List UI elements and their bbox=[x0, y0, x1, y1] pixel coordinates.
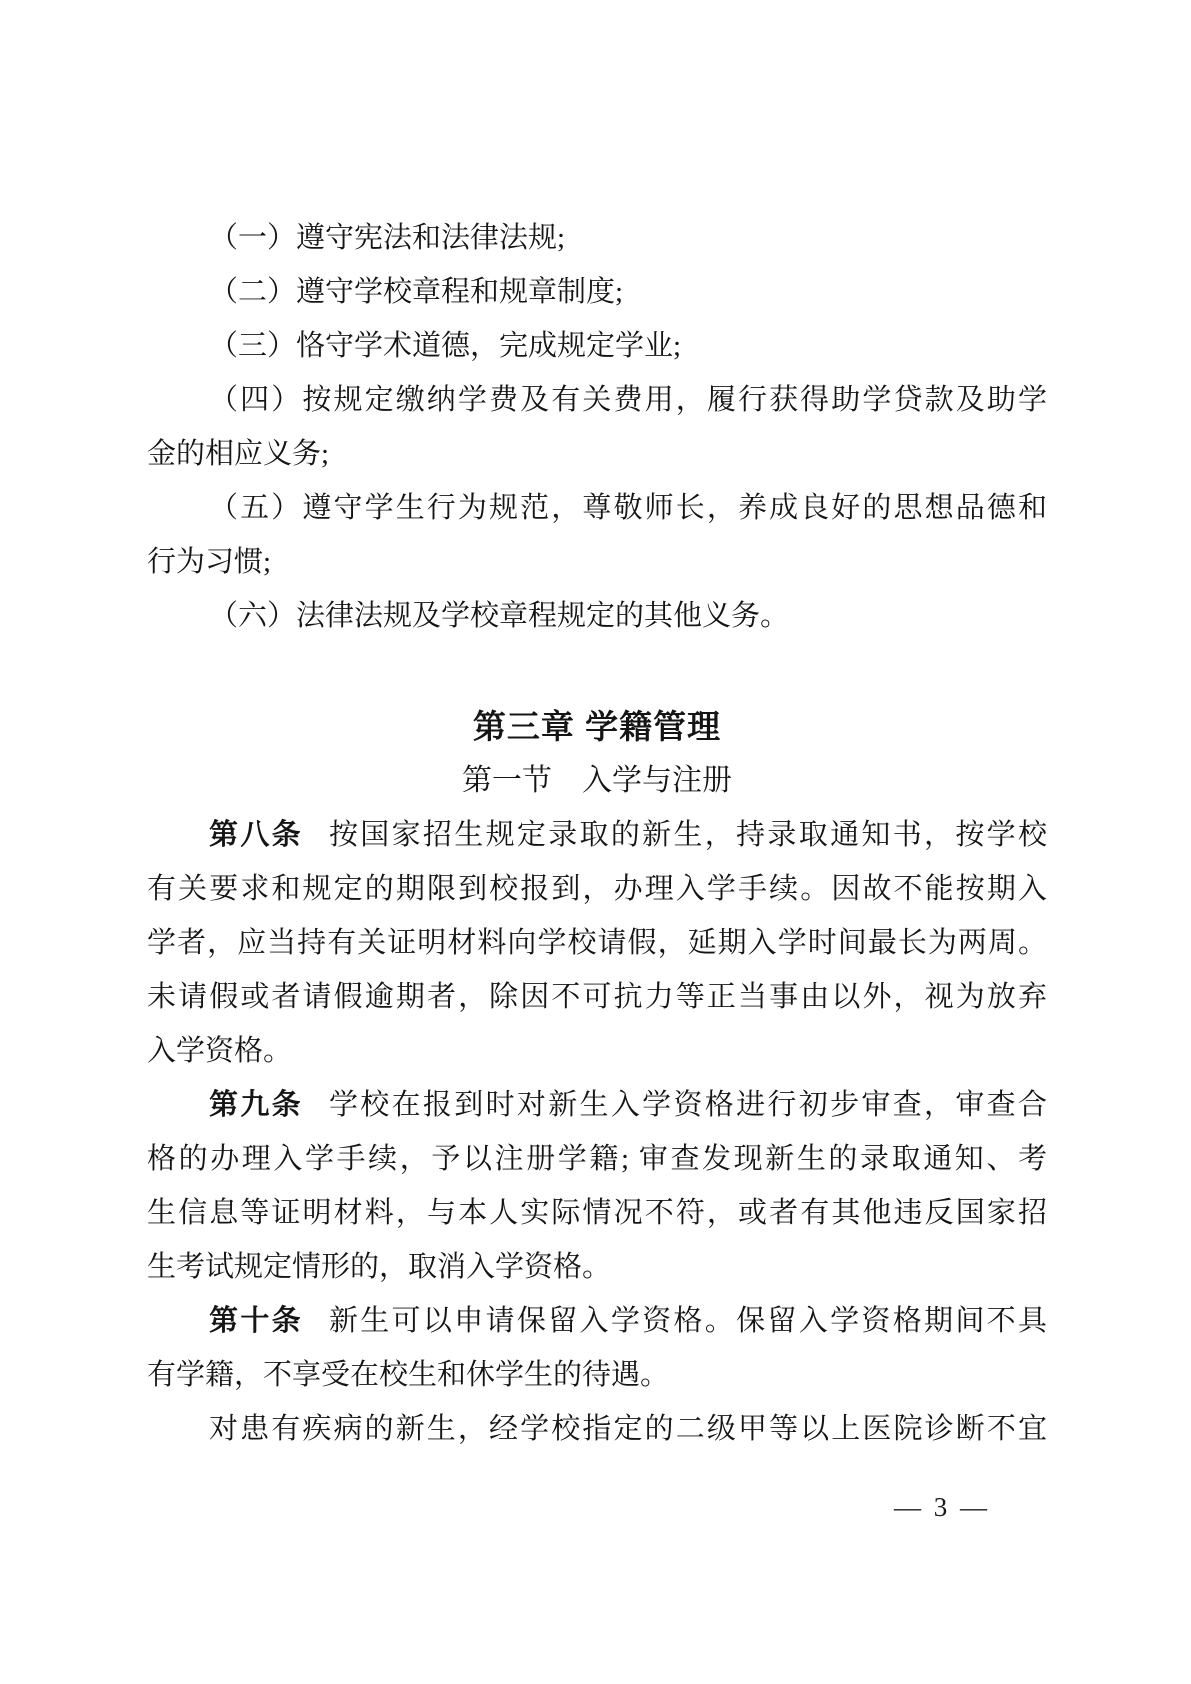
article-9-line-3: 生信息等证明材料，与本人实际情况不符，或者有其他违反国家招 bbox=[147, 1186, 1047, 1240]
obligation-item-2: （二）遵守学校章程和规章制度; bbox=[147, 265, 1047, 319]
article-8-line-5: 入学资格。 bbox=[147, 1024, 1047, 1078]
obligation-item-4-line-2: 金的相应义务; bbox=[147, 427, 1047, 481]
obligation-item-3: （三）恪守学术道德，完成规定学业; bbox=[147, 319, 1047, 373]
article-9-text-1: 学校在报到时对新生入学资格进行初步审查，审查合 bbox=[329, 1089, 1047, 1121]
article-9-label: 第九条 bbox=[209, 1089, 303, 1121]
article-8-label: 第八条 bbox=[209, 819, 303, 851]
article-8-line-3: 学者，应当持有关证明材料向学校请假，延期入学时间最长为两周。 bbox=[147, 916, 1047, 970]
obligation-item-1: （一）遵守宪法和法律法规; bbox=[147, 211, 1047, 265]
article-10-label: 第十条 bbox=[209, 1305, 303, 1337]
section-heading: 第一节 入学与注册 bbox=[147, 754, 1047, 808]
chapter-heading: 第三章 学籍管理 bbox=[147, 700, 1047, 754]
article-9-line-4: 生考试规定情形的，取消入学资格。 bbox=[147, 1240, 1047, 1294]
article-10-text-1: 新生可以申请保留入学资格。保留入学资格期间不具 bbox=[329, 1305, 1047, 1337]
obligation-item-6: （六）法律法规及学校章程规定的其他义务。 bbox=[147, 589, 1047, 643]
obligation-item-5-line-1: （五）遵守学生行为规范，尊敬师长，养成良好的思想品德和 bbox=[147, 481, 1047, 535]
article-8-text-1: 按国家招生规定录取的新生，持录取通知书，按学校 bbox=[329, 819, 1047, 851]
article-9-line-1: 第九条学校在报到时对新生入学资格进行初步审查，审查合 bbox=[147, 1078, 1047, 1132]
document-page: （一）遵守宪法和法律法规; （二）遵守学校章程和规章制度; （三）恪守学术道德，… bbox=[0, 0, 1191, 1684]
article-8-line-1: 第八条按国家招生规定录取的新生，持录取通知书，按学校 bbox=[147, 808, 1047, 862]
article-8-line-4: 未请假或者请假逾期者，除因不可抗力等正当事由以外，视为放弃 bbox=[147, 970, 1047, 1024]
page-number: — 3 — bbox=[894, 1492, 990, 1523]
closing-paragraph-line-1: 对患有疾病的新生，经学校指定的二级甲等以上医院诊断不宜 bbox=[147, 1402, 1047, 1456]
obligation-item-5-line-2: 行为习惯; bbox=[147, 535, 1047, 589]
page-content: （一）遵守宪法和法律法规; （二）遵守学校章程和规章制度; （三）恪守学术道德，… bbox=[147, 211, 1047, 1456]
article-9-line-2: 格的办理入学手续，予以注册学籍; 审查发现新生的录取通知、考 bbox=[147, 1132, 1047, 1186]
obligation-item-4-line-1: （四）按规定缴纳学费及有关费用，履行获得助学贷款及助学 bbox=[147, 373, 1047, 427]
article-8-line-2: 有关要求和规定的期限到校报到，办理入学手续。因故不能按期入 bbox=[147, 862, 1047, 916]
article-10-line-1: 第十条新生可以申请保留入学资格。保留入学资格期间不具 bbox=[147, 1294, 1047, 1348]
article-10-line-2: 有学籍，不享受在校生和休学生的待遇。 bbox=[147, 1348, 1047, 1402]
